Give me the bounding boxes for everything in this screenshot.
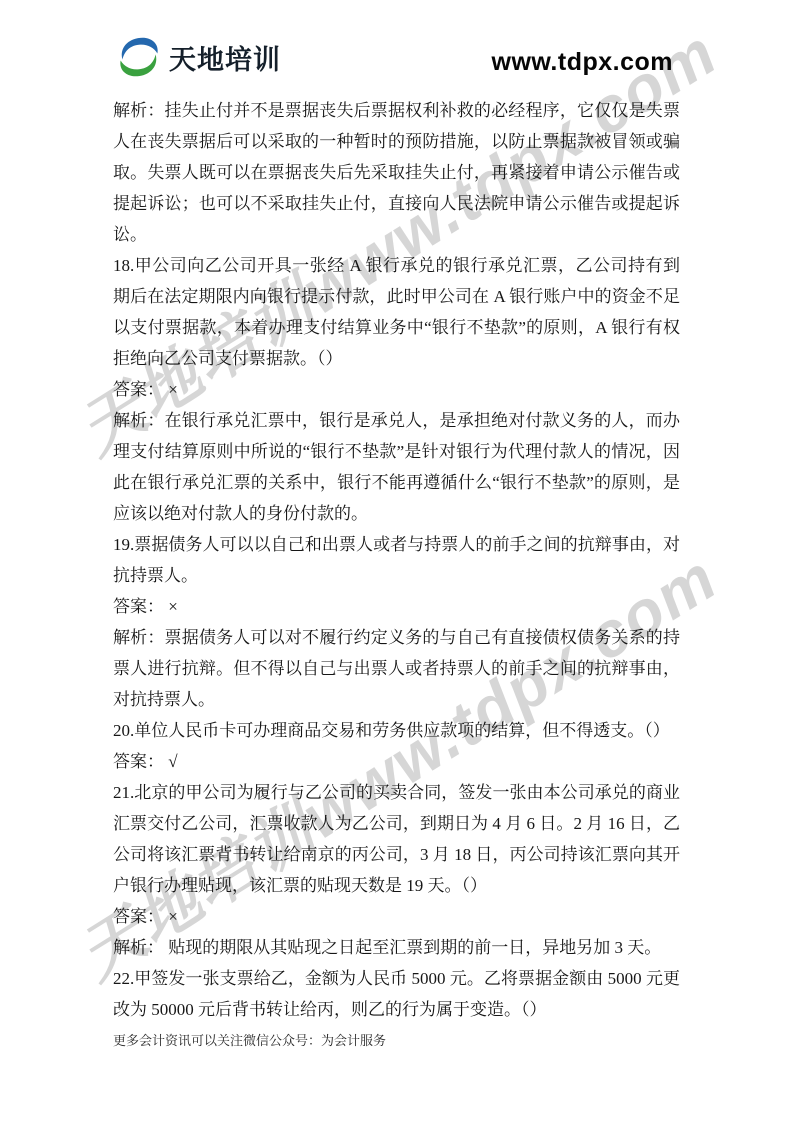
question-22: 22.甲签发一张支票给乙，金额为人民币 5000 元。乙将票据金额由 5000 … [113, 963, 680, 1025]
question-20: 20.单位人民币卡可办理商品交易和劳务供应款项的结算，但不得透支。（） [113, 715, 680, 746]
answer-19: 答案： × [113, 591, 680, 622]
logo: 天地培训 [116, 36, 281, 78]
answer-18: 答案： × [113, 374, 680, 405]
document-page: 天地培训 www.tdpx.com 天地培训www.tdpx.com 天地培训w… [0, 0, 793, 1122]
footer-note: 更多会计资讯可以关注微信公众号：为会计服务 [113, 1030, 386, 1049]
explanation-18: 解析：在银行承兑汇票中，银行是承兑人，是承担绝对付款义务的人，而办理支付结算原则… [113, 405, 680, 529]
question-18: 18.甲公司向乙公司开具一张经 A 银行承兑的银行承兑汇票，乙公司持有到期后在法… [113, 250, 680, 374]
answer-21: 答案： × [113, 901, 680, 932]
logo-text: 天地培训 [169, 38, 281, 77]
answer-20: 答案： √ [113, 746, 680, 777]
explanation-19: 解析：票据债务人可以对不履行约定义务的与自己有直接债权债务关系的持票人进行抗辩。… [113, 622, 680, 715]
website-url: www.tdpx.com [492, 48, 673, 77]
logo-swirl-icon [116, 36, 162, 78]
document-content: 解析：挂失止付并不是票据丧失后票据权利补救的必经程序，它仅仅是失票人在丧失票据后… [113, 95, 680, 1025]
explanation-21: 解析： 贴现的期限从其贴现之日起至汇票到期的前一日，异地另加 3 天。 [113, 932, 680, 963]
question-19: 19.票据债务人可以以自己和出票人或者与持票人的前手之间的抗辩事由，对抗持票人。 [113, 529, 680, 591]
question-21: 21.北京的甲公司为履行与乙公司的买卖合同，签发一张由本公司承兑的商业汇票交付乙… [113, 777, 680, 901]
explanation-q17: 解析：挂失止付并不是票据丧失后票据权利补救的必经程序，它仅仅是失票人在丧失票据后… [113, 95, 680, 250]
